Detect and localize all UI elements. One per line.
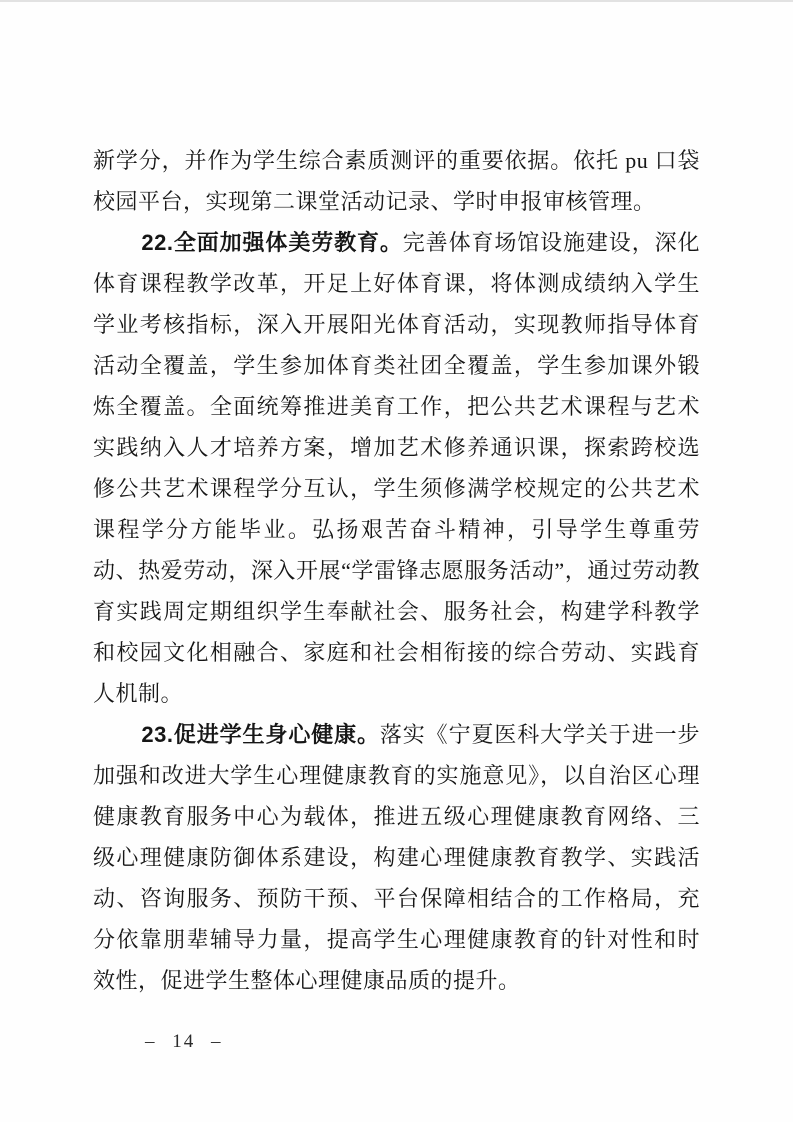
item-22-body: 完善体育场馆设施建设，深化体育课程教学改革，开足上好体育课，将体测成绩纳入学生学… [93, 230, 700, 706]
item-22-heading: 22.全面加强体美劳教育。 [141, 230, 402, 255]
item-23-body: 落实《宁夏医科大学关于进一步加强和改进大学生心理健康教育的实施意见》，以自治区心… [93, 722, 700, 993]
paragraph-item-23: 23.促进学生身心健康。落实《宁夏医科大学关于进一步加强和改进大学生心理健康教育… [93, 714, 700, 1001]
scan-edge-line [0, 0, 793, 2]
document-page: 新学分，并作为学生综合素质测评的重要依据。依托 pu 口袋校园平台，实现第二课堂… [0, 0, 793, 1122]
paragraph-item-22: 22.全面加强体美劳教育。完善体育场馆设施建设，深化体育课程教学改革，开足上好体… [93, 222, 700, 714]
paragraph-continuation: 新学分，并作为学生综合素质测评的重要依据。依托 pu 口袋校园平台，实现第二课堂… [93, 140, 700, 222]
document-body: 新学分，并作为学生综合素质测评的重要依据。依托 pu 口袋校园平台，实现第二课堂… [93, 140, 700, 1001]
item-23-heading: 23.促进学生身心健康。 [141, 722, 380, 747]
page-footer: – 14 – [145, 1030, 223, 1054]
page-number: – 14 – [145, 1031, 223, 1052]
